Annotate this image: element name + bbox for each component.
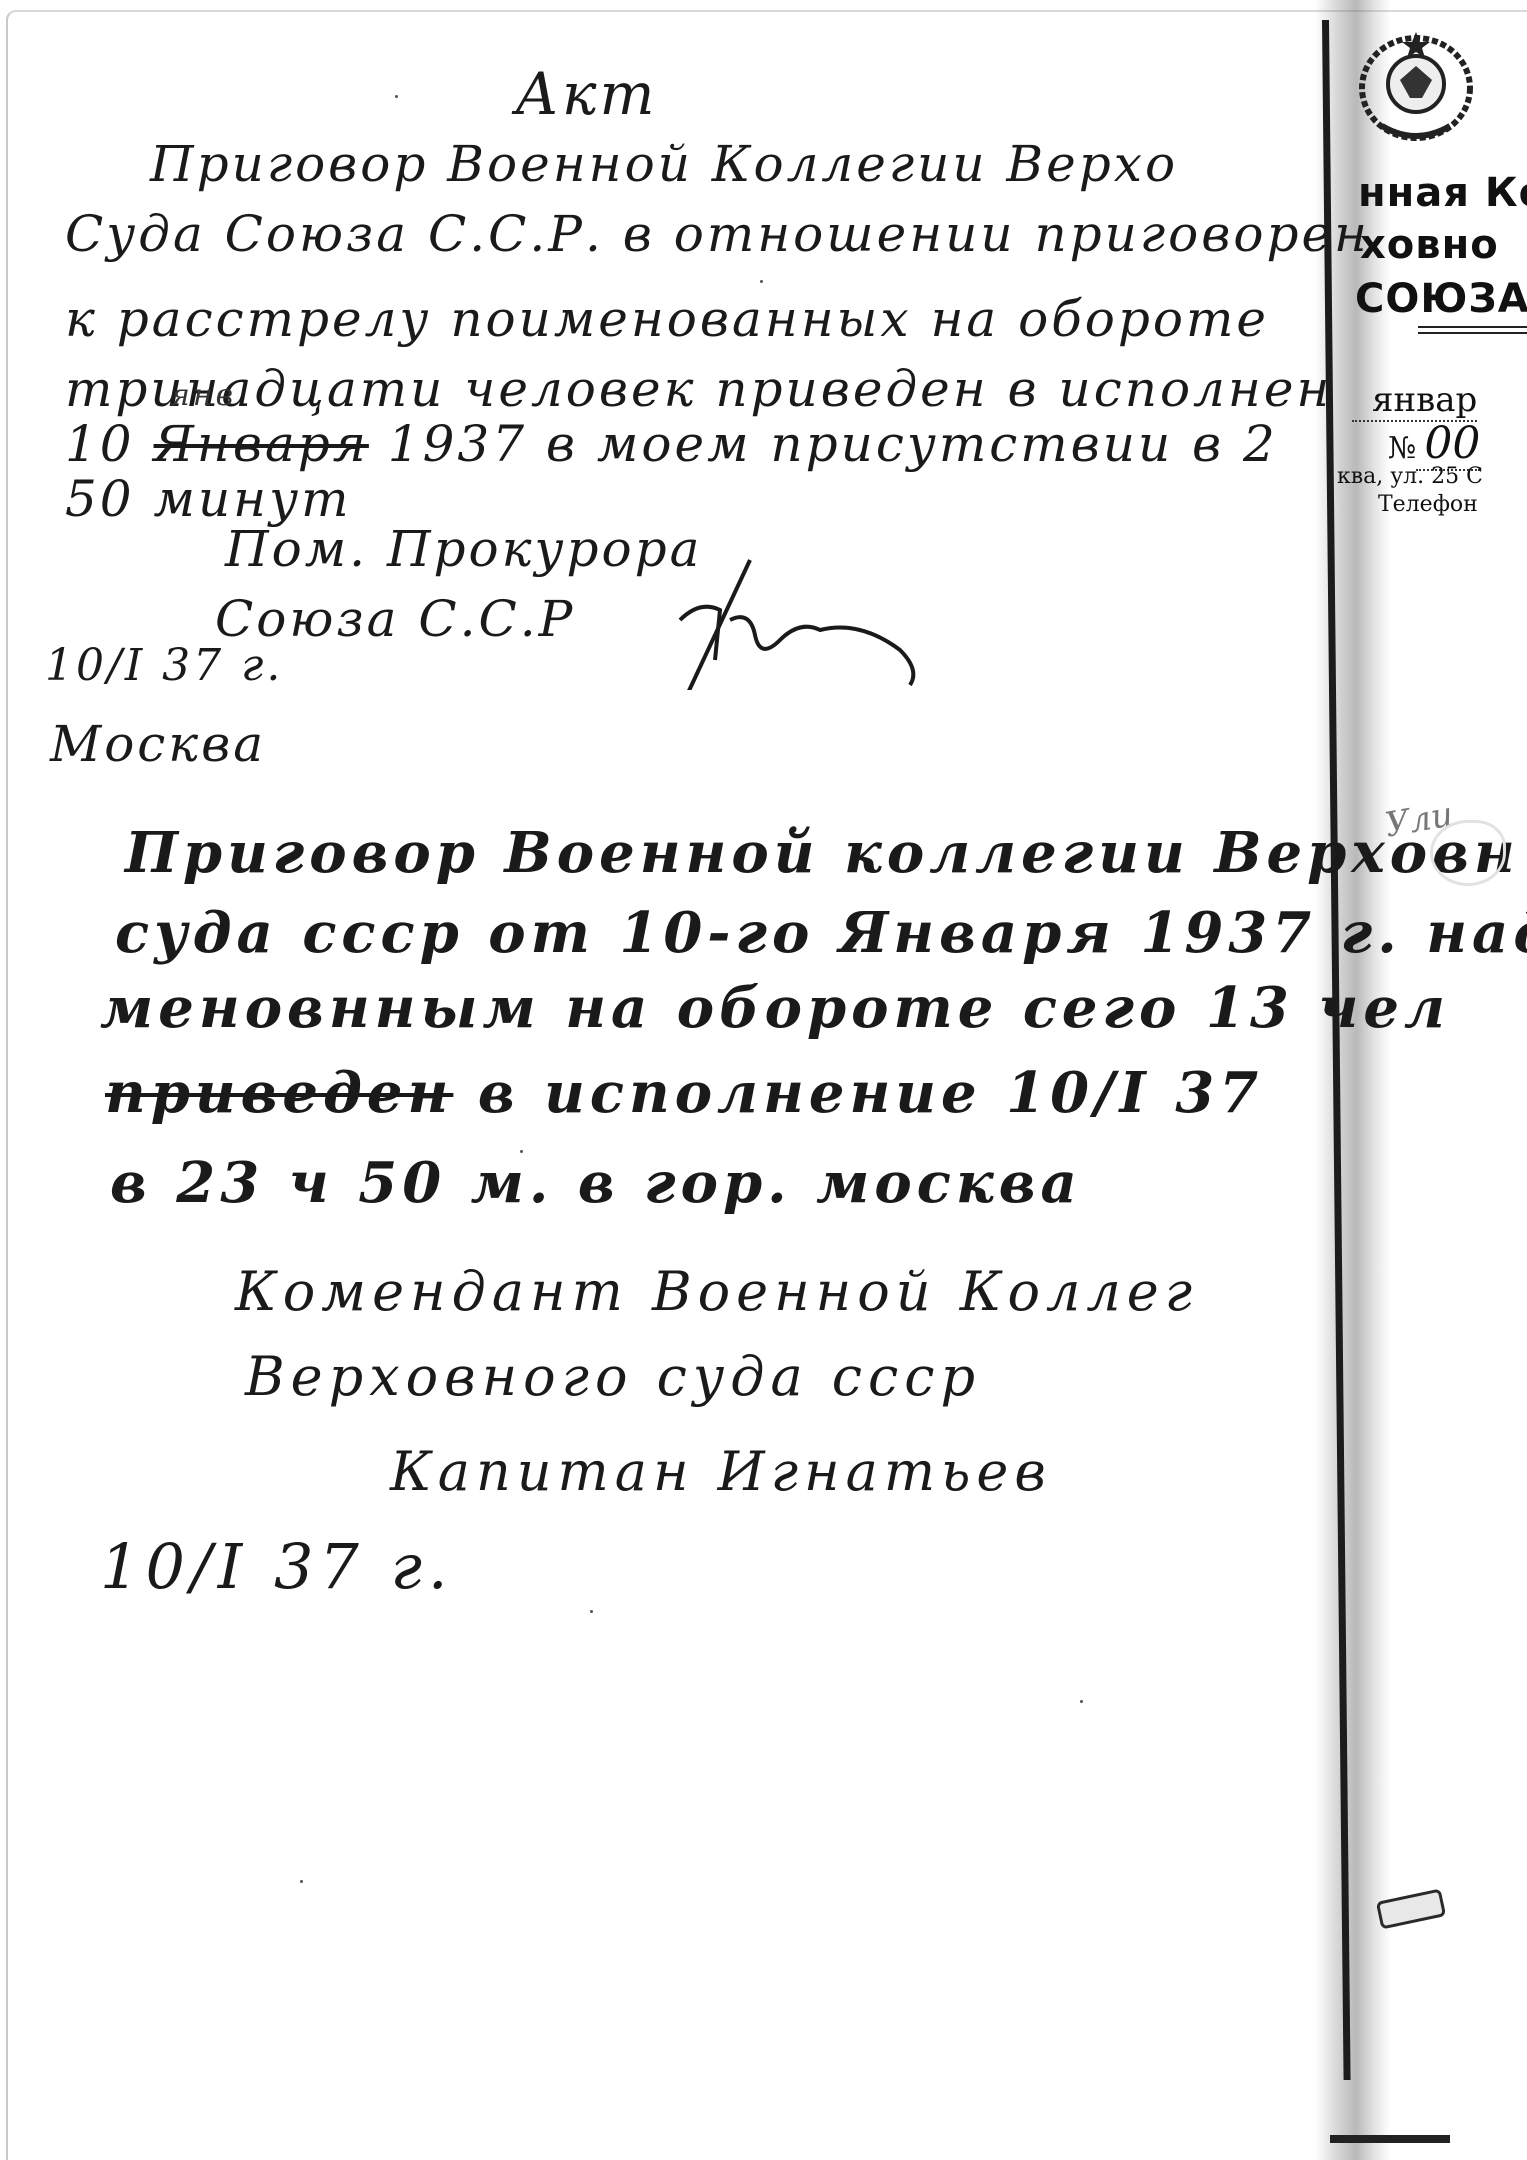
binding-foot bbox=[1330, 2135, 1450, 2143]
section1-line-1: Приговор Военной Коллегии Верхо bbox=[150, 135, 1178, 193]
speck bbox=[760, 280, 763, 283]
section2-date-signed: 10/I 37 г. bbox=[100, 1530, 454, 1603]
letterhead-address: ква, ул. 25 С bbox=[1337, 464, 1483, 489]
section1-place: Москва bbox=[50, 715, 266, 773]
date-day: 10 bbox=[65, 415, 135, 473]
section1-signatory-title-1: Пом. Прокурора bbox=[225, 520, 702, 578]
section1-line-2: Суда Союза С.С.Р. в отношении приговорен bbox=[65, 205, 1370, 263]
section2-signature: Капитан Игнатьев bbox=[390, 1440, 1052, 1503]
section2-signatory-title-2: Верховного суда ссср bbox=[245, 1345, 981, 1408]
section2-line-3: меновнным на обороте сего 13 чел bbox=[100, 975, 1450, 1041]
letterhead-line-2: ховно bbox=[1360, 222, 1499, 268]
letterhead-line-1: нная Ко bbox=[1358, 170, 1527, 216]
section1-line-4: тринадцати человек приведен в исполнен bbox=[65, 360, 1332, 418]
speck bbox=[300, 1880, 303, 1883]
section2-line-1: Приговор Военной коллегии Верховн bbox=[125, 820, 1520, 886]
section1-signature bbox=[660, 540, 960, 690]
letterhead-line-3: союза bbox=[1355, 276, 1527, 322]
speck bbox=[395, 95, 398, 98]
section2-line-2: суда ссср от 10-го Января 1937 г. над по… bbox=[115, 900, 1527, 966]
section2-struck-word: приведен bbox=[105, 1060, 453, 1126]
section1-line-3: к расстрелу поименованных на обороте bbox=[65, 290, 1269, 348]
speck bbox=[520, 1150, 523, 1153]
letterhead-number: №00 bbox=[1388, 418, 1480, 469]
margin-stain bbox=[1430, 820, 1506, 886]
section2-line-5: в 23 ч 50 м. в гор. москва bbox=[110, 1150, 1082, 1216]
section2-line-4: приведен в исполнение 10/I 37 bbox=[105, 1060, 1263, 1126]
section1-line-5-rest: 1937 в моем присутствии в 2 bbox=[388, 415, 1278, 473]
letterhead-phone: Телефон bbox=[1378, 492, 1478, 517]
date-month-insert: янв bbox=[170, 378, 236, 413]
letterhead-month-field: январ bbox=[1352, 380, 1477, 422]
section2-line-4-rest: в исполнение 10/I 37 bbox=[478, 1060, 1263, 1126]
document-title: Акт bbox=[515, 60, 658, 128]
coat-of-arms-icon bbox=[1352, 28, 1480, 146]
section2-signatory-title-1: Комендант Военной Коллег bbox=[235, 1260, 1198, 1323]
section1-line-5: 10 Января 1937 в моем присутствии в 2 bbox=[65, 415, 1278, 473]
date-month-struck: Января bbox=[154, 415, 369, 473]
letterhead-rule bbox=[1418, 326, 1527, 328]
section1-date-signed: 10/I 37 г. bbox=[45, 640, 283, 691]
speck bbox=[590, 1610, 593, 1613]
number-label: № bbox=[1388, 431, 1416, 466]
letterhead-rule bbox=[1418, 332, 1527, 334]
speck bbox=[1080, 1700, 1083, 1703]
